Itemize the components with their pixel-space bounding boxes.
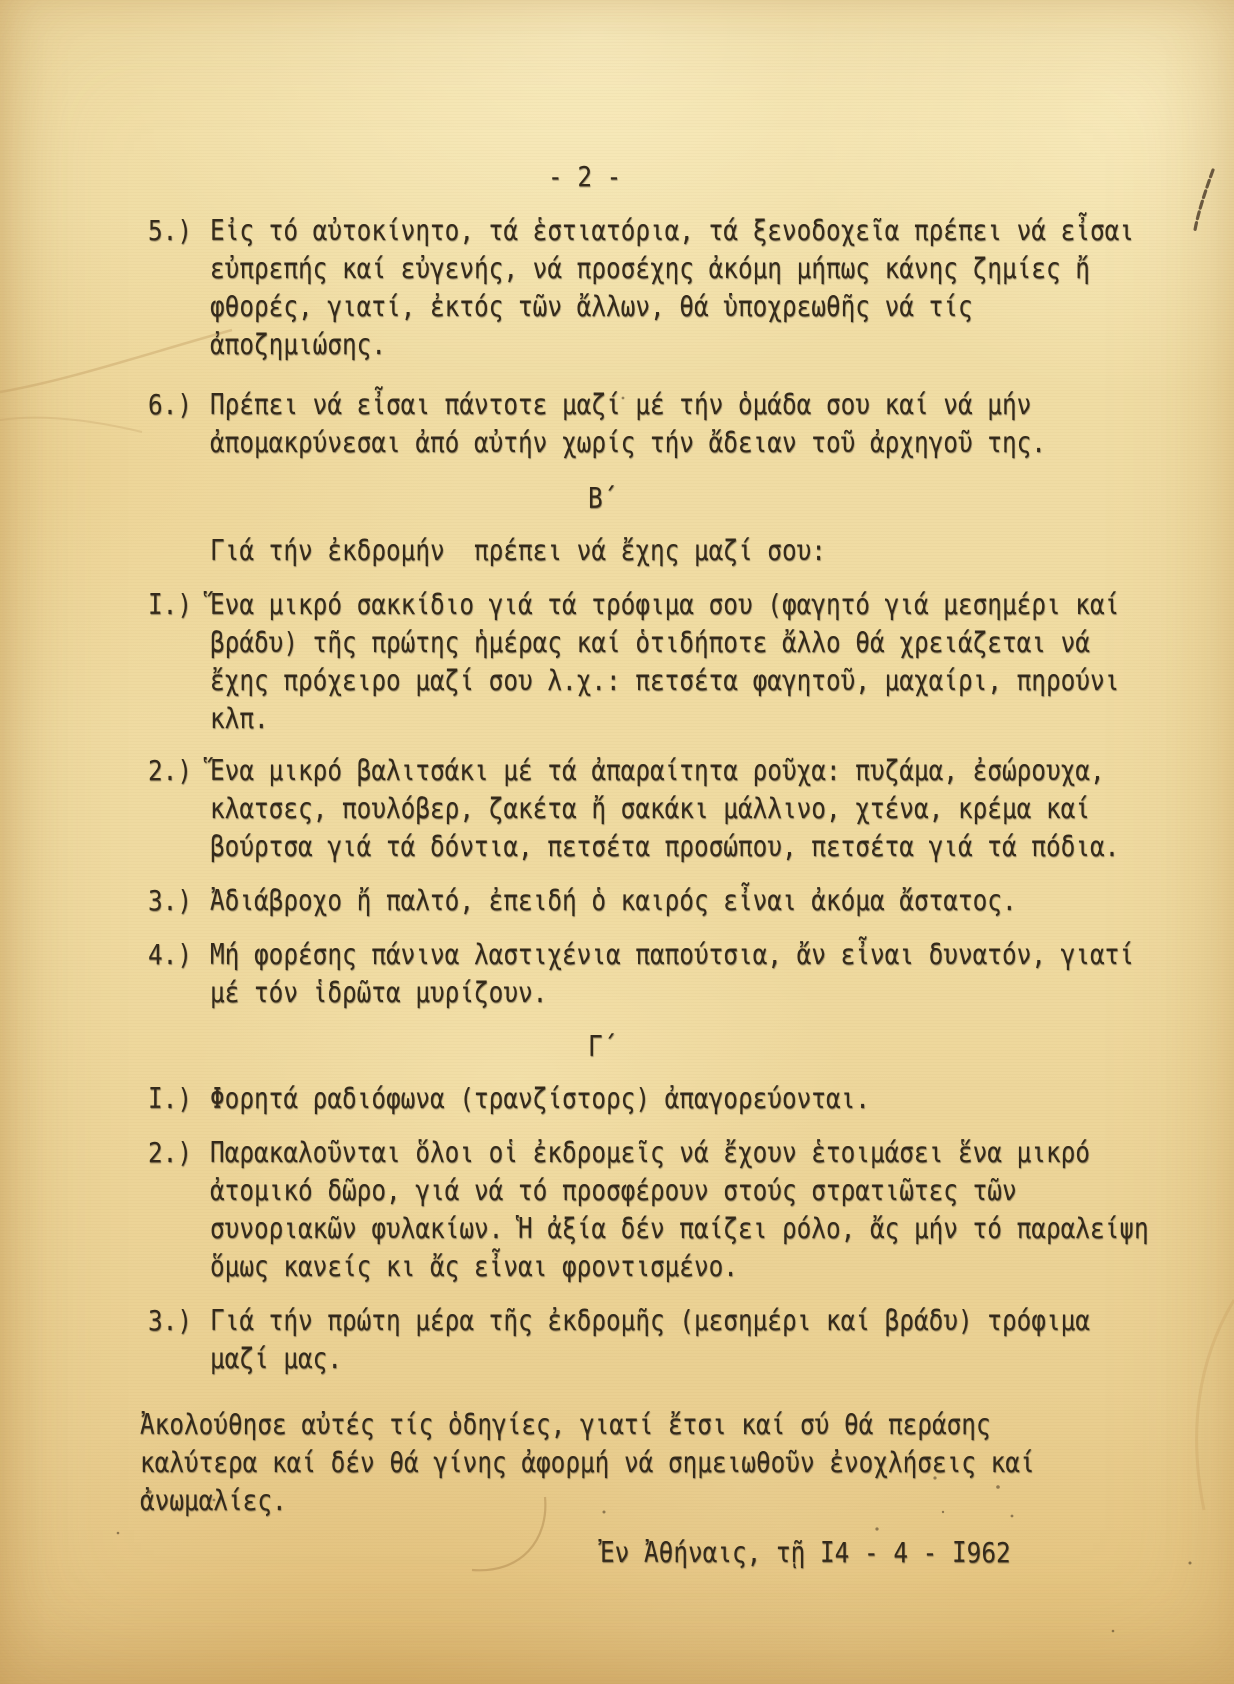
list-item-b1: Ι.) Ἕνα μικρό σακκίδιο γιά τά τρόφιμα σο… [148, 586, 1134, 738]
text-line: ὅμως κανείς κι ἄς εἶναι φροντισμένο. [210, 1248, 1014, 1286]
text-line: βράδυ) τῆς πρώτης ἡμέρας καί ὁτιδήποτε ἄ… [210, 624, 1014, 662]
page-number: - 2 - [548, 158, 1058, 196]
list-item-c2: 2.) Παρακαλοῦνται ὅλοι οἱ ἐκδρομεῖς νά ἔ… [148, 1134, 1134, 1286]
text-line: Ἕνα μικρό βαλιτσάκι μέ τά ἀπαραίτητα ροῦ… [210, 752, 1014, 790]
document-content: - 2 - 5.) Εἰς τό αὐτοκίνητο, τά ἑστιατόρ… [0, 0, 1234, 1572]
item-text: Ἕνα μικρό σακκίδιο γιά τά τρόφιμα σου (φ… [210, 586, 1134, 738]
list-item-a5: 5.) Εἰς τό αὐτοκίνητο, τά ἑστιατόρια, τά… [148, 212, 1134, 364]
text-line: εὐπρεπής καί εὐγενής, νά προσέχης ἀκόμη … [210, 250, 1014, 288]
section-c-title: Γ΄ [588, 1028, 1063, 1066]
item-text: Γιά τήν πρώτη μέρα τῆς ἐκδρομῆς (μεσημέρ… [210, 1302, 1134, 1378]
list-item-b2: 2.) Ἕνα μικρό βαλιτσάκι μέ τά ἀπαραίτητα… [148, 752, 1134, 866]
item-text: Φορητά ραδιόφωνα (τρανζίστορς) ἀπαγορεύο… [210, 1080, 1134, 1118]
text-line: φθορές, γιατί, ἐκτός τῶν ἄλλων, θά ὑποχρ… [210, 288, 1014, 326]
item-number: 3.) [148, 1302, 202, 1340]
dateline: Ἐν Ἀθήναις, τῇ Ι4 - 4 - Ι962 [600, 1534, 1065, 1572]
list-item-b4: 4.) Μή φορέσης πάνινα λαστιχένια παπούτσ… [148, 936, 1134, 1012]
text-line: κλατσες, πουλόβερ, ζακέτα ἤ σακάκι μάλλι… [210, 790, 1014, 828]
text-line: Ἕνα μικρό σακκίδιο γιά τά τρόφιμα σου (φ… [210, 586, 1014, 624]
closing-paragraph: Ἀκολούθησε αὐτές τίς ὁδηγίες, γιατί ἔτσι… [140, 1406, 1134, 1520]
text-line: Ἀδιάβροχο ἤ παλτό, ἐπειδή ὁ καιρός εἶναι… [210, 882, 1014, 920]
item-number: 6.) [148, 386, 202, 424]
section-b-intro: Γιά τήν ἐκδρομήν πρέπει νά ἔχης μαζί σου… [148, 532, 1134, 570]
text-line: κλπ. [210, 700, 1014, 738]
section-b-title: Β΄ [588, 480, 1063, 518]
text-line: ἀνωμαλίες. [140, 1482, 1005, 1520]
item-number: 4.) [148, 936, 202, 974]
document-page: - 2 - 5.) Εἰς τό αὐτοκίνητο, τά ἑστιατόρ… [0, 0, 1234, 1684]
item-text: Εἰς τό αὐτοκίνητο, τά ἑστιατόρια, τά ξεν… [210, 212, 1134, 364]
item-number: 3.) [148, 882, 202, 920]
text-line: Πρέπει νά εἶσαι πάντοτε μαζί μέ τήν ὁμάδ… [210, 386, 1014, 424]
text-line: ἀπομακρύνεσαι ἀπό αὐτήν χωρίς τήν ἄδειαν… [210, 424, 1014, 462]
item-number: 2.) [148, 752, 202, 790]
text-line: Εἰς τό αὐτοκίνητο, τά ἑστιατόρια, τά ξεν… [210, 212, 1014, 250]
text-line: καλύτερα καί δέν θά γίνης ἀφορμή νά σημε… [140, 1444, 1005, 1482]
text-line: Φορητά ραδιόφωνα (τρανζίστορς) ἀπαγορεύο… [210, 1080, 1014, 1118]
item-number: Ι.) [148, 586, 202, 624]
item-text: Μή φορέσης πάνινα λαστιχένια παπούτσια, … [210, 936, 1134, 1012]
text-line: Μή φορέσης πάνινα λαστιχένια παπούτσια, … [210, 936, 1014, 974]
text-line: Γιά τήν πρώτη μέρα τῆς ἐκδρομῆς (μεσημέρ… [210, 1302, 1014, 1340]
text-line: ἀτομικό δῶρο, γιά νά τό προσφέρουν στούς… [210, 1172, 1014, 1210]
item-text: Ἀδιάβροχο ἤ παλτό, ἐπειδή ὁ καιρός εἶναι… [210, 882, 1134, 920]
text-line: Γιά τήν ἐκδρομήν πρέπει νά ἔχης μαζί σου… [210, 532, 1014, 570]
text-line: ἔχης πρόχειρο μαζί σου λ.χ.: πετσέτα φαγ… [210, 662, 1014, 700]
item-number: 5.) [148, 212, 202, 250]
list-item-c3: 3.) Γιά τήν πρώτη μέρα τῆς ἐκδρομῆς (μεσ… [148, 1302, 1134, 1378]
text-line: Παρακαλοῦνται ὅλοι οἱ ἐκδρομεῖς νά ἔχουν… [210, 1134, 1014, 1172]
item-text: Πρέπει νά εἶσαι πάντοτε μαζί μέ τήν ὁμάδ… [210, 386, 1134, 462]
item-number: 2.) [148, 1134, 202, 1172]
list-item-b3: 3.) Ἀδιάβροχο ἤ παλτό, ἐπειδή ὁ καιρός ε… [148, 882, 1134, 920]
text-line: ἀποζημιώσης. [210, 326, 1014, 364]
text-line: μαζί μας. [210, 1340, 1014, 1378]
item-text: Ἕνα μικρό βαλιτσάκι μέ τά ἀπαραίτητα ροῦ… [210, 752, 1134, 866]
text-line: βούρτσα γιά τά δόντια, πετσέτα προσώπου,… [210, 828, 1014, 866]
text-line: μέ τόν ἱδρῶτα μυρίζουν. [210, 974, 1014, 1012]
item-number: Ι.) [148, 1080, 202, 1118]
item-text: Παρακαλοῦνται ὅλοι οἱ ἐκδρομεῖς νά ἔχουν… [210, 1134, 1134, 1286]
text-line: συνοριακῶν φυλακίων. Ἡ ἀξία δέν παίζει ρ… [210, 1210, 1014, 1248]
text-line: Ἀκολούθησε αὐτές τίς ὁδηγίες, γιατί ἔτσι… [140, 1406, 1005, 1444]
list-item-c1: Ι.) Φορητά ραδιόφωνα (τρανζίστορς) ἀπαγο… [148, 1080, 1134, 1118]
list-item-a6: 6.) Πρέπει νά εἶσαι πάντοτε μαζί μέ τήν … [148, 386, 1134, 462]
